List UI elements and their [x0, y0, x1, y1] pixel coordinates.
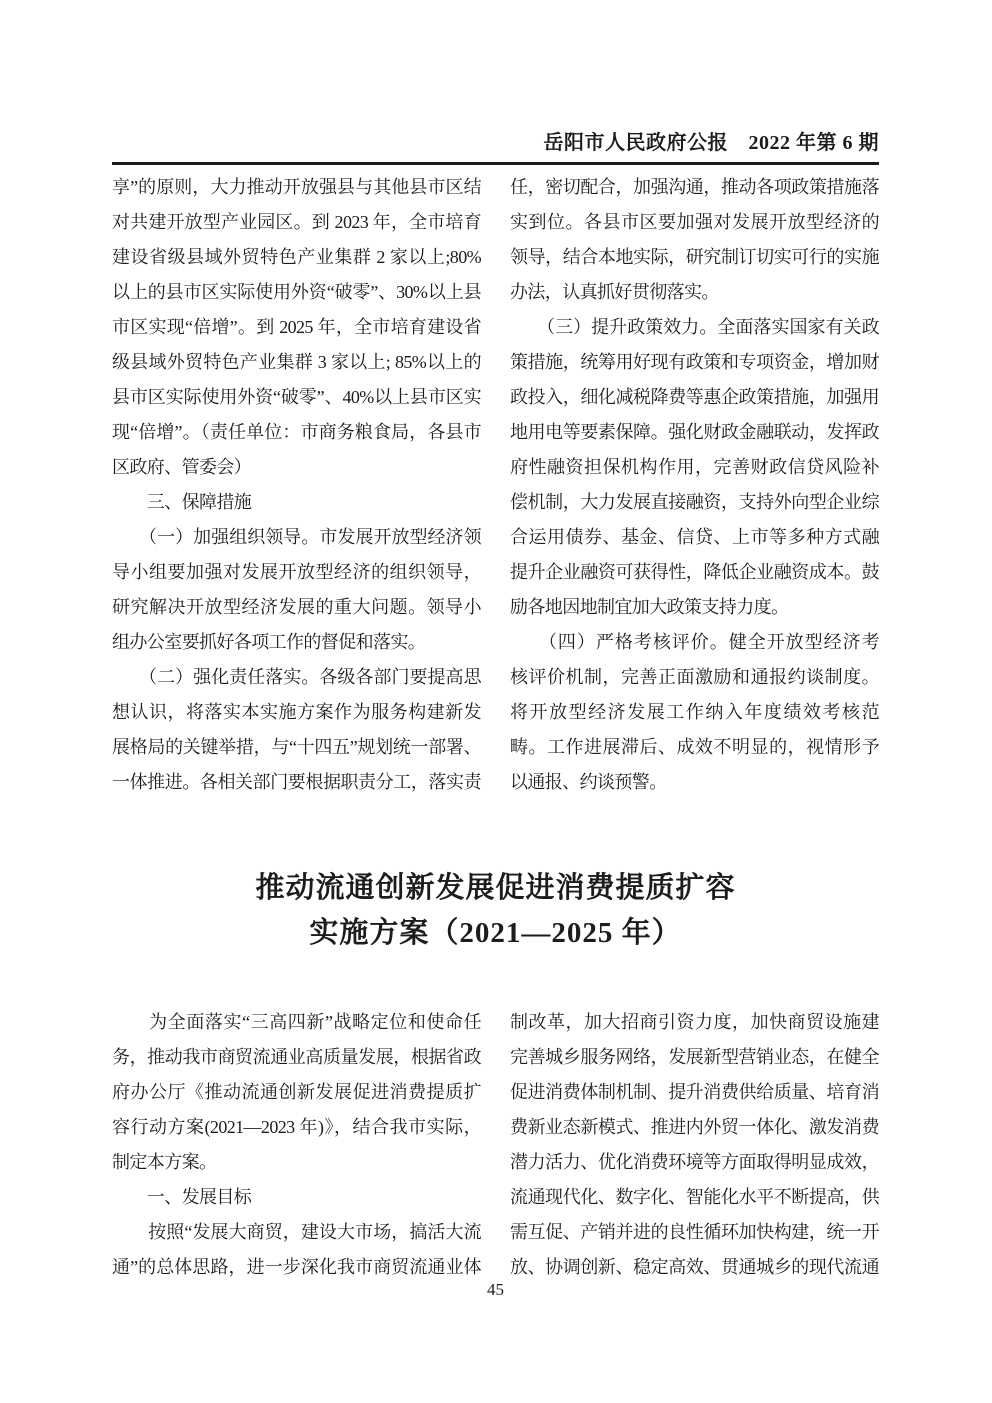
- text-line: 地用电等要素保障。强化财政金融联动，发挥政: [510, 415, 879, 450]
- text-line: 合运用债券、基金、信贷、上市等多种方式融资，: [510, 520, 879, 555]
- text-line: 务，推动我市商贸流通业高质量发展，根据省政: [112, 1040, 481, 1075]
- text-line: 展格局的关键举措，与“十四五”规划统一部署、: [112, 730, 481, 765]
- gazette-header: 岳阳市人民政府公报 2022 年第 6 期: [112, 126, 879, 165]
- text-line: 以上的县市区实际使用外资“破零”、30%以上县: [112, 275, 481, 310]
- text-line: 制定本方案。: [112, 1145, 481, 1180]
- text-line: （二）强化责任落实。各级各部门要提高思: [112, 660, 481, 695]
- text-line: 核评价机制，完善正面激励和通报约谈制度。: [510, 660, 879, 695]
- text-line: 区政府、管委会）: [112, 450, 481, 485]
- section-heading: 三、保障措施: [112, 485, 481, 520]
- text-line: 将开放型经济发展工作纳入年度绩效考核范: [510, 695, 879, 730]
- article2-title-line1: 推动流通创新发展促进消费提质扩容: [112, 866, 879, 911]
- text-line: 府办公厅《推动流通创新发展促进消费提质扩: [112, 1075, 481, 1110]
- text-line: 促进消费体制机制、提升消费供给质量、培育消: [510, 1075, 879, 1110]
- gazette-page: 岳阳市人民政府公报 2022 年第 6 期 享”的原则，大力推动开放强县与其他县…: [0, 0, 992, 1403]
- text-line: 潜力活力、优化消费环境等方面取得明显成效，: [510, 1145, 879, 1180]
- text-line: 县市区实际使用外资“破零”、40%以上县市区实: [112, 380, 481, 415]
- text-line: 领导，结合本地实际，研究制订切实可行的实施: [510, 240, 879, 275]
- text-line: 现“倍增”。（责任单位：市商务粮食局，各县市: [112, 415, 481, 450]
- article2-title: 推动流通创新发展促进消费提质扩容 实施方案（2021—2025 年）: [112, 866, 879, 956]
- text-line: 提升企业融资可获得性，降低企业融资成本。鼓: [510, 555, 879, 590]
- text-line: 建设省级县域外贸特色产业集群 2 家以上;80%: [112, 240, 481, 275]
- text-line: 办法，认真抓好贯彻落实。: [510, 275, 879, 310]
- text-line: （一）加强组织领导。市发展开放型经济领: [112, 520, 481, 555]
- text-line: 励各地因地制宜加大政策支持力度。: [510, 590, 879, 625]
- text-line: 以通报、约谈预警。: [510, 765, 879, 800]
- article2-left-column: 为全面落实“三高四新”战略定位和使命任 务，推动我市商贸流通业高质量发展，根据省…: [112, 1005, 481, 1285]
- text-line: 导小组要加强对发展开放型经济的组织领导，: [112, 555, 481, 590]
- text-line: 府性融资担保机构作用，完善财政信贷风险补: [510, 450, 879, 485]
- text-line: 完善城乡服务网络，发展新型营销业态，在健全: [510, 1040, 879, 1075]
- text-line: 需互促、产销并进的良性循环加快构建，统一开: [510, 1215, 879, 1250]
- article1-left-column: 享”的原则，大力推动开放强县与其他县市区结 对共建开放型产业园区。到 2023 …: [112, 170, 481, 800]
- text-line: 享”的原则，大力推动开放强县与其他县市区结: [112, 170, 481, 205]
- text-line: 研究解决开放型经济发展的重大问题。领导小: [112, 590, 481, 625]
- text-line: 按照“发展大商贸，建设大市场，搞活大流: [112, 1215, 481, 1250]
- text-line: （三）提升政策效力。全面落实国家有关政: [510, 310, 879, 345]
- text-line: （四）严格考核评价。健全开放型经济考: [510, 625, 879, 660]
- article2-right-column: 制改革，加大招商引资力度，加快商贸设施建设， 完善城乡服务网络，发展新型营销业态…: [510, 1005, 879, 1285]
- page-number: 45: [112, 1280, 879, 1300]
- article1-right-column: 任，密切配合，加强沟通，推动各项政策措施落 实到位。各县市区要加强对发展开放型经…: [510, 170, 879, 800]
- text-line: 对共建开放型产业园区。到 2023 年，全市培育: [112, 205, 481, 240]
- text-line: 畴。工作进展滞后、成效不明显的，视情形予: [510, 730, 879, 765]
- text-line: 一体推进。各相关部门要根据职责分工，落实责: [112, 765, 481, 800]
- text-line: 偿机制，大力发展直接融资，支持外向型企业综: [510, 485, 879, 520]
- text-line: 实到位。各县市区要加强对发展开放型经济的: [510, 205, 879, 240]
- text-line: 策措施，统筹用好现有政策和专项资金，增加财: [510, 345, 879, 380]
- text-line: 政投入，细化减税降费等惠企政策措施，加强用: [510, 380, 879, 415]
- text-line: 任，密切配合，加强沟通，推动各项政策措施落: [510, 170, 879, 205]
- text-line: 想认识，将落实本实施方案作为服务构建新发: [112, 695, 481, 730]
- text-line: 费新业态新模式、推进内外贸一体化、激发消费: [510, 1110, 879, 1145]
- text-line: 市区实现“倍增”。到 2025 年，全市培育建设省: [112, 310, 481, 345]
- text-line: 为全面落实“三高四新”战略定位和使命任: [112, 1005, 481, 1040]
- text-line: 级县域外贸特色产业集群 3 家以上; 85%以上的: [112, 345, 481, 380]
- text-line: 组办公室要抓好各项工作的督促和落实。: [112, 625, 481, 660]
- text-line: 容行动方案(2021—2023 年)》，结合我市实际，: [112, 1110, 481, 1145]
- text-line: 制改革，加大招商引资力度，加快商贸设施建设，: [510, 1005, 879, 1040]
- article2-title-line2: 实施方案（2021—2025 年）: [112, 911, 879, 956]
- text-line: 流通现代化、数字化、智能化水平不断提高，供: [510, 1180, 879, 1215]
- section-heading: 一、发展目标: [112, 1180, 481, 1215]
